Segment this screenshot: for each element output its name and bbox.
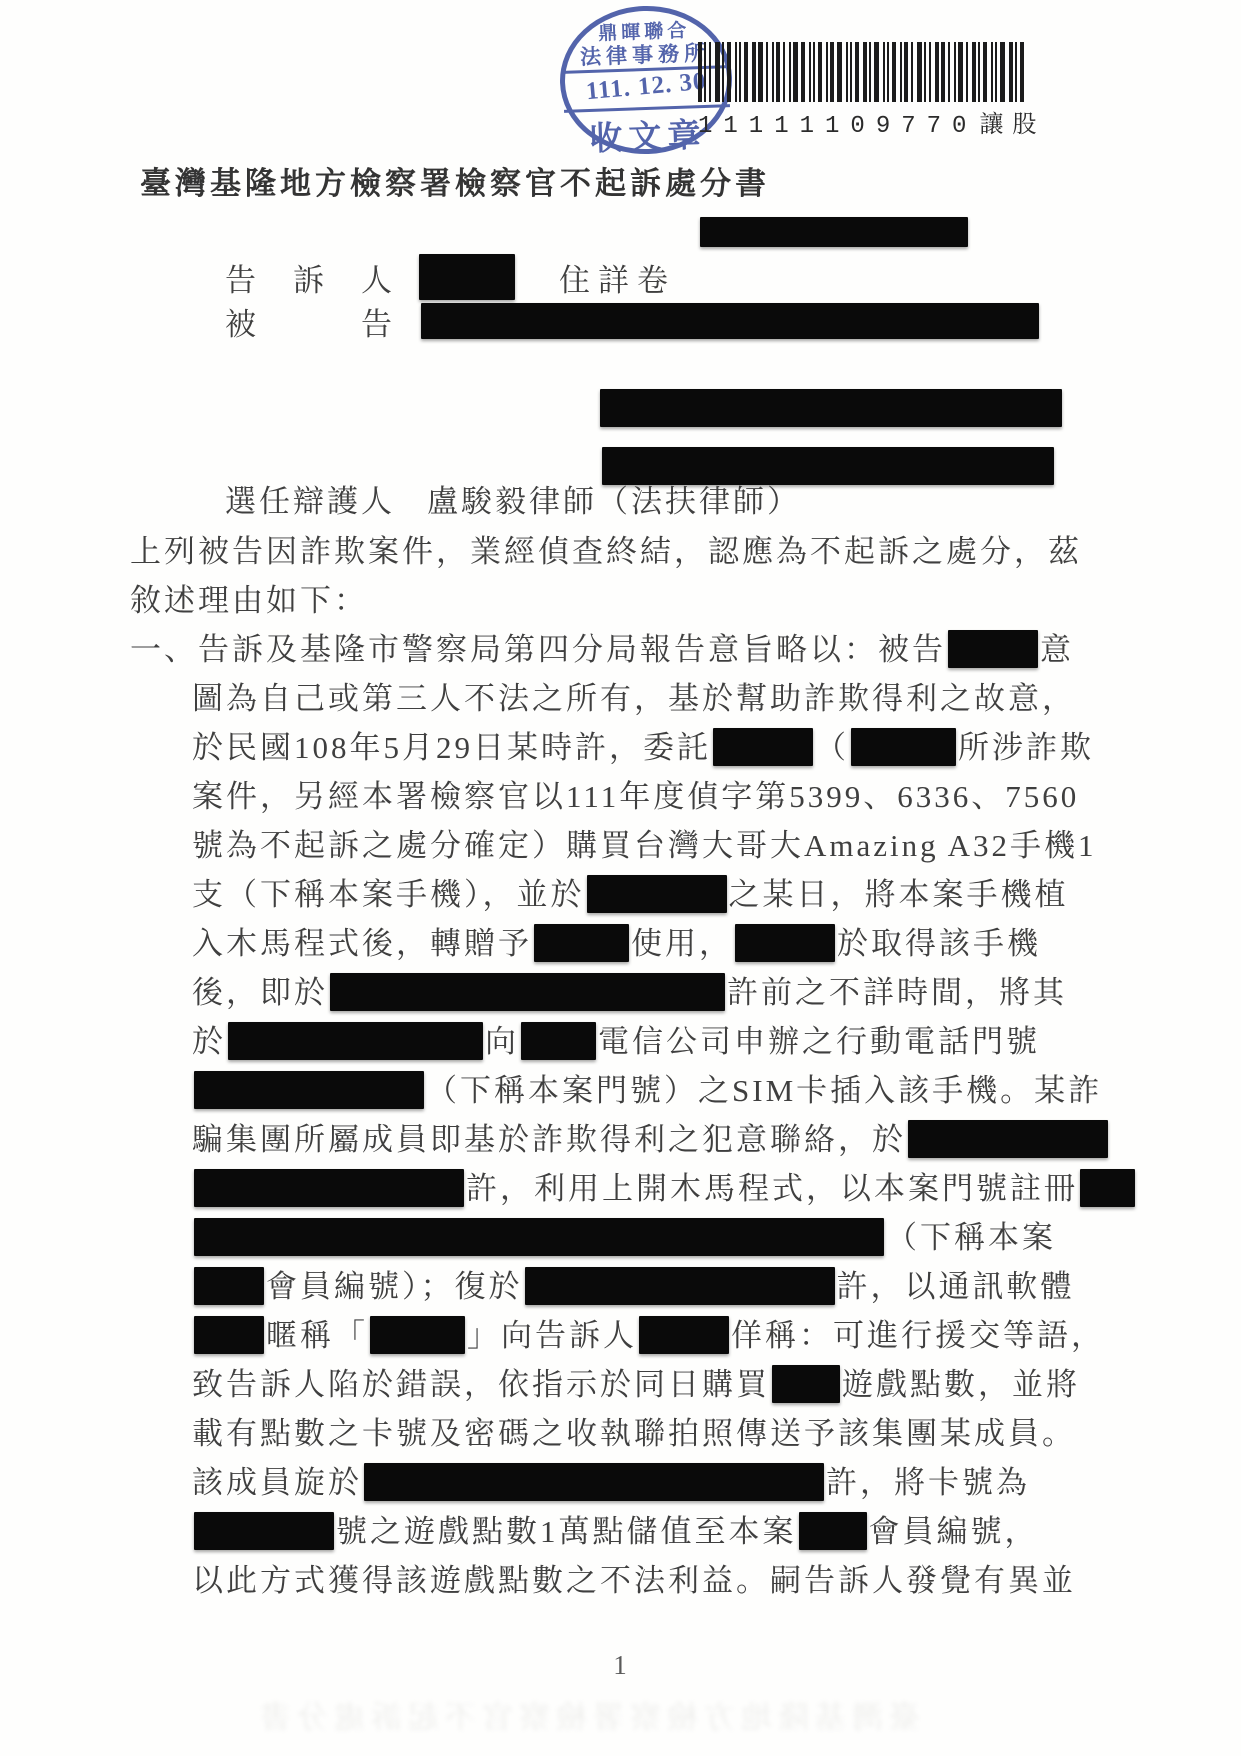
body-text: 上列被告因詐欺案件，業經偵查終結，認應為不起訴之處分，茲敘述理由如下：一、告訴及… [130, 527, 1140, 1605]
body-line: 號之遊戲點數1萬點儲值至本案會員編號， [192, 1507, 1140, 1556]
redaction-bar [639, 1316, 729, 1354]
barcode-bar [1009, 42, 1013, 102]
redaction-bar [228, 1022, 483, 1060]
document-title: 臺灣基隆地方檢察署檢察官不起訴處分書 [140, 158, 770, 203]
redaction-bar [772, 1365, 840, 1403]
bleed-through-ghost: 臺灣基隆地方檢察署檢察官不起訴處分書 [360, 1692, 920, 1737]
body-text-segment: 會員編號）；復於 [266, 1269, 523, 1304]
body-line: （下稱本案門號）之SIM卡插入該手機。某詐 [192, 1066, 1140, 1115]
barcode-bar [739, 42, 741, 102]
barcode-bar [991, 42, 993, 102]
defendant-label: 被 告 [225, 299, 395, 344]
counsel-label: 選任辯護人 [225, 476, 395, 521]
body-text-segment: （ [815, 730, 849, 765]
complainant-label: 告 訴 人 [225, 255, 395, 300]
body-text-segment: 號之遊戲點數1萬點儲值至本案 [336, 1514, 797, 1549]
body-line: 案件，另經本署檢察官以111年度偵字第5399、6336、7560 [192, 772, 1140, 821]
body-text-segment: 會員編號， [869, 1514, 1039, 1549]
redaction-bar [194, 1169, 464, 1207]
barcode-bar [704, 42, 706, 102]
barcode-bar [789, 42, 791, 102]
body-line: 後，即於許前之不詳時間，將其 [192, 968, 1140, 1017]
barcode-bar [983, 42, 987, 102]
body-line: 上列被告因詐欺案件，業經偵查終結，認應為不起訴之處分，茲 [130, 527, 1140, 576]
redaction-bar [1080, 1169, 1135, 1207]
redaction-bar [525, 1267, 835, 1305]
counsel-name: 盧駿毅律師（法扶律師） [427, 476, 801, 521]
redaction-bar [194, 1316, 264, 1354]
body-text-segment: 騙集團所屬成員即基於詐欺得利之犯意聯絡，於 [192, 1122, 906, 1157]
barcode-bar [698, 42, 702, 102]
redaction-defendant-detail-1 [600, 389, 1062, 427]
redaction-bar [908, 1120, 1108, 1158]
barcode-bar [1020, 42, 1024, 102]
body-text-segment: 使用， [631, 926, 733, 961]
body-line: 於向電信公司申辦之行動電話門號 [192, 1017, 1140, 1066]
redaction-bar [587, 875, 727, 913]
redaction-bar [194, 1267, 264, 1305]
barcode-bar [818, 42, 822, 102]
body-line: 會員編號）；復於許，以通訊軟體 [192, 1262, 1140, 1311]
redaction-bar [330, 973, 725, 1011]
redaction-bar [799, 1512, 867, 1550]
body-text-segment: 後，即於 [192, 975, 328, 1010]
body-line: 騙集團所屬成員即基於詐欺得利之犯意聯絡，於 [192, 1115, 1140, 1164]
redaction-complainant-name [419, 254, 515, 300]
body-line: 致告訴人陷於錯誤，依指示於同日購買遊戲點數，並將 [192, 1360, 1140, 1409]
barcode-bar [846, 42, 848, 102]
barcode-bar [972, 42, 976, 102]
body-text-segment: 於取得該手機 [837, 926, 1041, 961]
redaction-bar [370, 1316, 465, 1354]
redaction-bar [735, 924, 835, 962]
barcode-bar [801, 42, 805, 102]
barcode-bar [917, 42, 923, 102]
document-page: 鼎暉聯合 法律事務所 111. 12. 30 收文章 11111109770讓股… [0, 0, 1241, 1756]
body-line: （下稱本案 [192, 1213, 1140, 1262]
body-text-segment: 許，將卡號為 [826, 1465, 1030, 1500]
barcode-bar [709, 42, 711, 102]
barcode-bar [744, 42, 748, 102]
body-line: 該成員旋於許，將卡號為 [192, 1458, 1140, 1507]
body-text-segment: 」向告訴人 [467, 1318, 637, 1353]
body-text-segment: 許，利用上開木馬程式，以本案門號註冊 [466, 1171, 1078, 1206]
barcode-bar [1015, 42, 1017, 102]
body-line: 敘述理由如下： [130, 576, 1140, 625]
body-text-segment: 許，以通訊軟體 [837, 1269, 1075, 1304]
complainant-address-note: 住詳卷 [559, 255, 676, 300]
barcode-bar [941, 42, 945, 102]
body-text-segment: 案件，另經本署檢察官以111年度偵字第5399、6336、7560 [192, 779, 1079, 814]
body-line: 許，利用上開木馬程式，以本案門號註冊 [192, 1164, 1140, 1213]
body-text-segment: 載有點數之卡號及密碼之收執聯拍照傳送予該集團某成員。 [192, 1416, 1076, 1451]
barcode-bar [863, 42, 867, 102]
body-line: 入木馬程式後，轉贈予使用，於取得該手機 [192, 919, 1140, 968]
body-text-segment: 一、告訴及基隆市警察局第四分局報告意旨略以：被告 [130, 632, 946, 667]
barcode-bar [869, 42, 871, 102]
body-text-segment: 圖為自己或第三人不法之所有，基於幫助詐欺得利之故意， [192, 681, 1076, 716]
body-line: 暱稱「」向告訴人佯稱：可進行援交等語， [192, 1311, 1140, 1360]
redaction-defendant-info [421, 303, 1039, 339]
barcode-bar [727, 42, 731, 102]
barcode-bar [830, 42, 834, 102]
defendant-row: 被 告 [225, 299, 1039, 343]
body-text-segment: （下稱本案 [886, 1220, 1056, 1255]
body-line: 號為不起訴之處分確定）購買台灣大哥大Amazing A32手機1 [192, 821, 1140, 870]
barcode-bar [793, 42, 799, 102]
body-text-segment: 佯稱：可進行援交等語， [731, 1318, 1105, 1353]
body-text-segment: 號為不起訴之處分確定）購買台灣大哥大Amazing A32手機1 [192, 828, 1097, 863]
body-text-segment: 電信公司申辦之行動電話門號 [598, 1024, 1040, 1059]
redaction-bar [521, 1022, 596, 1060]
body-text-segment: 之某日，將本案手機植 [729, 877, 1069, 912]
body-text-segment: 許前之不詳時間，將其 [727, 975, 1067, 1010]
complainant-row: 告 訴 人 住詳卷 [225, 252, 676, 302]
body-text-segment: 所涉詐欺 [958, 730, 1094, 765]
barcode-bar [929, 42, 931, 102]
body-text-segment: （下稱本案門號）之SIM卡插入該手機。某詐 [426, 1073, 1102, 1108]
barcode-bar [855, 42, 859, 102]
barcode-bar [722, 42, 724, 102]
barcode-bar [715, 42, 721, 102]
barcode-bar [874, 42, 880, 102]
barcode-bar [887, 42, 889, 102]
body-line: 於民國108年5月29日某時許，委託（所涉詐欺 [192, 723, 1140, 772]
barcode-bar [752, 42, 756, 102]
barcode-number: 11111109770 [698, 113, 977, 140]
barcode-bar [766, 42, 768, 102]
body-text-segment: 入木馬程式後，轉贈予 [192, 926, 532, 961]
body-text-segment: 暱稱「 [266, 1318, 368, 1353]
body-text-segment: 上列被告因詐欺案件，業經偵查終結，認應為不起訴之處分，茲 [130, 534, 1082, 569]
barcode-bar [783, 42, 785, 102]
barcode-bar [978, 42, 980, 102]
barcode-suffix: 讓股 [979, 112, 1045, 138]
barcode-bar [935, 42, 939, 102]
barcode-bar [837, 42, 843, 102]
barcode-bar [735, 42, 737, 102]
barcode-bar [776, 42, 780, 102]
redaction-bar [194, 1512, 334, 1550]
redaction-bar [194, 1218, 884, 1256]
barcode-bar [904, 42, 908, 102]
barcode-bar [758, 42, 764, 102]
body-text-segment: 致告訴人陷於錯誤，依指示於同日購買 [192, 1367, 770, 1402]
barcode-bar [883, 42, 885, 102]
body-text-segment: 敘述理由如下： [130, 583, 368, 618]
barcode-bar [813, 42, 815, 102]
barcode-number-row: 11111109770讓股 [698, 104, 1028, 140]
redaction-bar [194, 1071, 424, 1109]
barcode-bars-icon [698, 42, 1028, 102]
body-line: 支（下稱本案手機），並於之某日，將本案手機植 [192, 870, 1140, 919]
body-text-segment: 以此方式獲得該遊戲點數之不法利益。嗣告訴人發覺有異並 [192, 1563, 1076, 1598]
redaction-bar [851, 728, 956, 766]
barcode-bar [954, 42, 956, 102]
redaction-bar [534, 924, 629, 962]
barcode-bar [948, 42, 950, 102]
body-text-segment: 於 [192, 1024, 226, 1059]
redaction-bar [364, 1463, 824, 1501]
barcode-bar [826, 42, 828, 102]
barcode-bar [1000, 42, 1006, 102]
body-line: 圖為自己或第三人不法之所有，基於幫助詐欺得利之故意， [192, 674, 1140, 723]
barcode-bar [958, 42, 964, 102]
body-line: 一、告訴及基隆市警察局第四分局報告意旨略以：被告意 [130, 625, 1140, 674]
barcode-bar [772, 42, 774, 102]
barcode-bar [924, 42, 926, 102]
redaction-bar [713, 728, 813, 766]
barcode-bar [900, 42, 902, 102]
body-text-segment: 支（下稱本案手機），並於 [192, 877, 585, 912]
body-line: 以此方式獲得該遊戲點數之不法利益。嗣告訴人發覺有異並 [192, 1556, 1140, 1605]
body-line: 載有點數之卡號及密碼之收執聯拍照傳送予該集團某成員。 [192, 1409, 1140, 1458]
body-text-segment: 意 [1040, 632, 1074, 667]
barcode-bar [966, 42, 968, 102]
redaction-bar [948, 630, 1038, 668]
barcode-bar [850, 42, 852, 102]
body-text-segment: 遊戲點數，並將 [842, 1367, 1080, 1402]
body-text-segment: 於民國108年5月29日某時許，委託 [192, 730, 711, 765]
body-text-segment: 該成員旋於 [192, 1465, 362, 1500]
counsel-row: 選任辯護人 盧駿毅律師（法扶律師） [225, 476, 801, 520]
barcode: 11111109770讓股 [698, 42, 1028, 140]
barcode-bar [995, 42, 997, 102]
barcode-bar [809, 42, 811, 102]
page-number: 1 [0, 1650, 1241, 1681]
barcode-bar [892, 42, 896, 102]
body-text-segment: 向 [485, 1024, 519, 1059]
redaction-case-number [700, 217, 968, 247]
barcode-bar [911, 42, 913, 102]
